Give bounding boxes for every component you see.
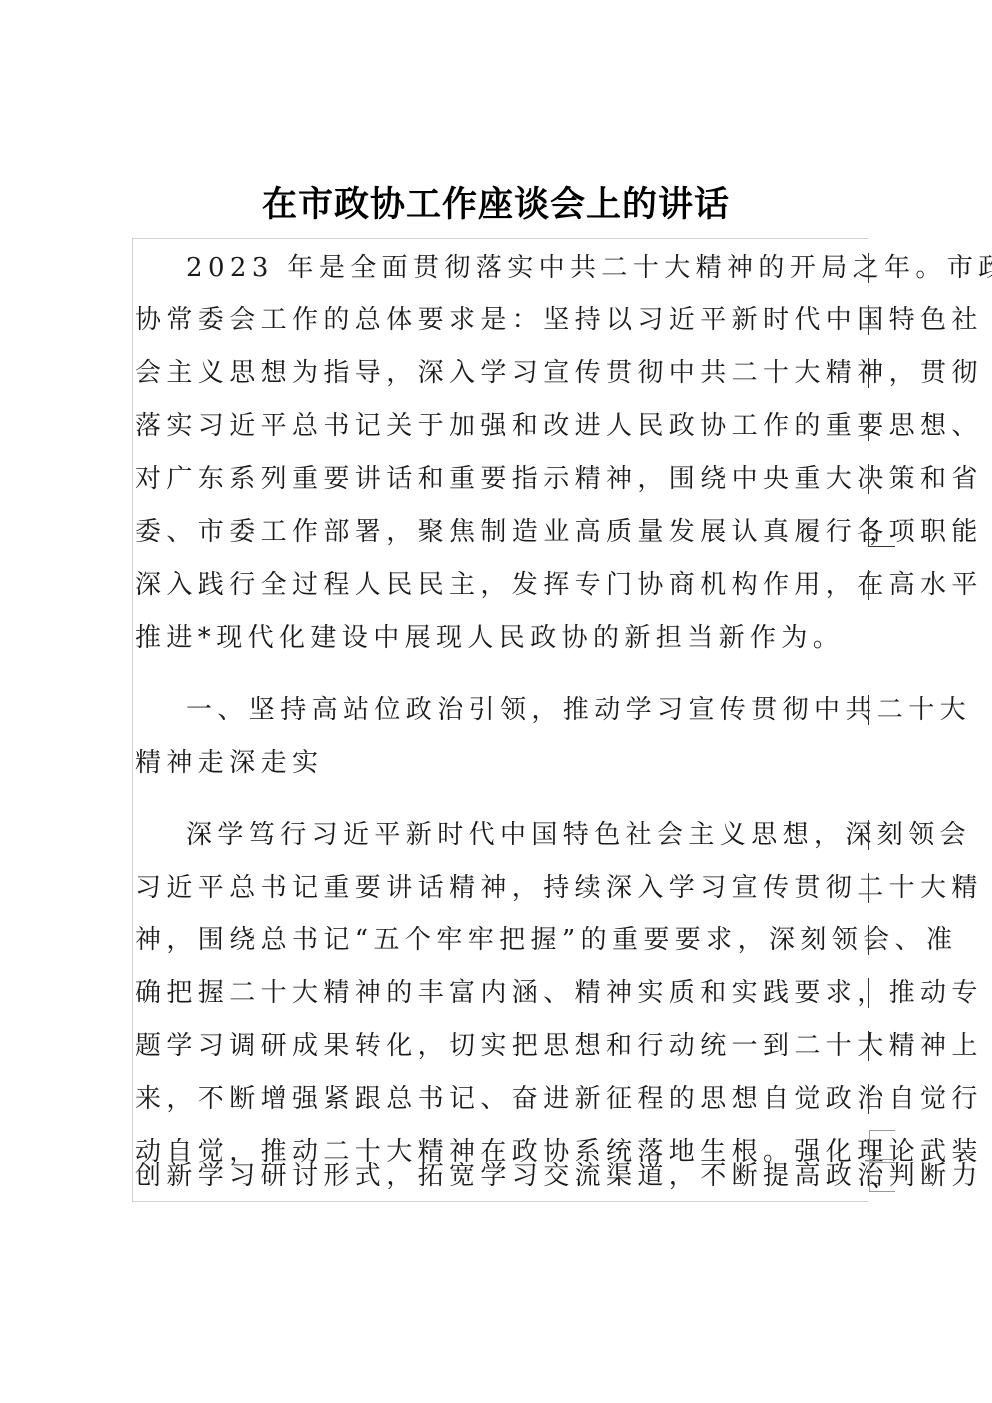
line-end-marker [868,925,869,955]
text-line: 深入践行全过程人民民主，发挥专门协商机构作用，在高水平 [135,567,983,603]
line-end-marker [868,978,869,1008]
line-end-marker [868,873,869,903]
overflow-punctuation: ， [869,517,895,547]
text-line: 委、市委工作部署，聚焦制造业高质量发展认真履行各项职能 [135,514,983,550]
line-end-marker [868,1084,869,1114]
text-line: 来，不断增强紧跟总书记、奋进新征程的思想自觉政治自觉行 [135,1081,983,1117]
line-end-marker [868,253,869,283]
document-title: 在市政协工作座谈会上的讲话 [0,180,992,230]
text-line: 对广东系列重要讲话和重要指示精神，围绕中央重大决策和省 [135,461,983,497]
line-end-marker [868,820,869,850]
line-end-marker [868,358,869,388]
line-end-marker [868,1031,869,1061]
text-line: 落实习近平总书记关于加强和改进人民政协工作的重要思想、 [135,408,983,444]
overflow-punctuation: ， [869,1130,895,1160]
text-line: 题学习调研成果转化，切实把思想和行动统一到二十大精神上 [135,1028,983,1064]
overflow-punctuation: 、 [869,1162,895,1192]
line-end-marker [868,695,869,725]
text-line: 确把握二十大精神的丰富内涵、精神实质和实践要求，推动专 [135,975,983,1011]
text-line: 推进*现代化建设中展现人民政协的新担当新作为。 [135,620,844,656]
section-heading-line: 一、坚持高站位政治引领，推动学习宣传贯彻中共二十大 [186,692,971,728]
line-end-marker [868,411,869,441]
line-end-marker [868,305,869,335]
line-end-marker [868,570,869,600]
text-line: 会主义思想为指导，深入学习宣传贯彻中共二十大精神，贯彻 [135,355,983,391]
text-line: 深学笃行习近平新时代中国特色社会主义思想，深刻领会 [186,817,971,853]
line-end-marker [868,464,869,494]
text-line: 神，围绕总书记“五个牢牢把握”的重要要求，深刻领会、准 [135,922,957,958]
section-heading-line: 精神走深走实 [135,745,323,781]
text-line: 协常委会工作的总体要求是：坚持以习近平新时代中国特色社 [135,302,983,338]
text-line: 创新学习研讨形式，拓宽学习交流渠道，不断提高政治判断力 [135,1158,983,1194]
text-line: 2023 年是全面贯彻落实中共二十大精神的开局之年。市政 [186,250,992,286]
text-line: 习近平总书记重要讲话精神，持续深入学习宣传贯彻二十大精 [135,870,983,906]
